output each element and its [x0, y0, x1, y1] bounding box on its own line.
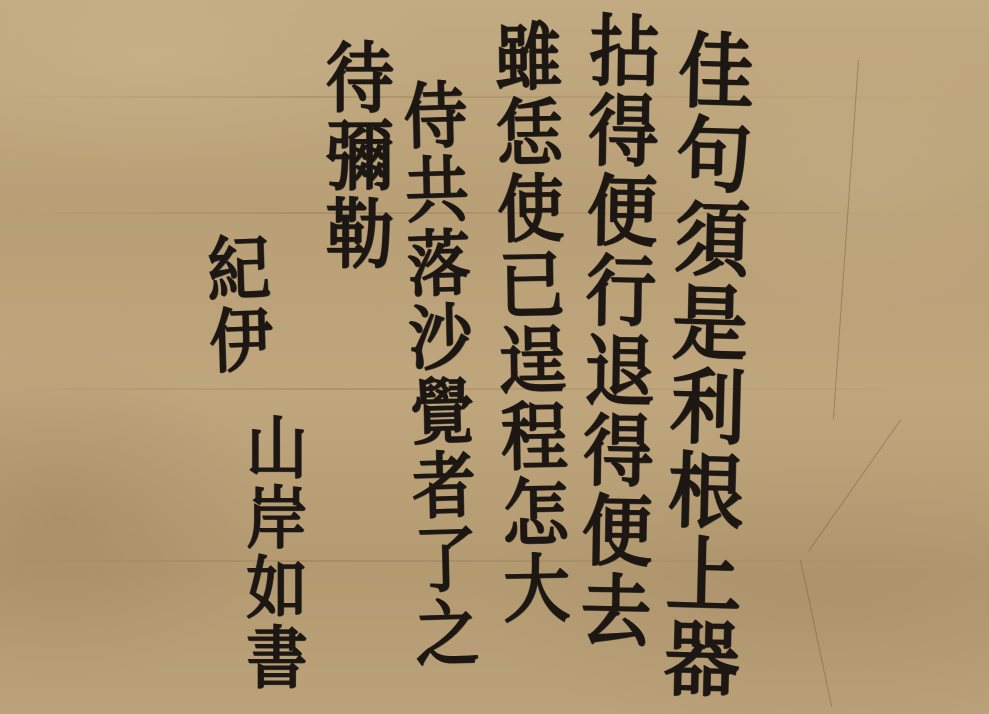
- calligraphy-scroll: 佳句須是利根上器 拈得便行退得便去 雖恁使已逞程怎大 侍共落沙覺者了之 待彌勒 …: [0, 0, 989, 714]
- calligraphy-column-1: 佳句須是利根上器: [657, 27, 749, 701]
- signature-line-2: 山岸如書: [241, 412, 302, 692]
- paper-crack: [808, 420, 901, 552]
- signature-line-1: 紀伊: [201, 231, 268, 377]
- paper-crack: [833, 60, 859, 419]
- calligraphy-column-4: 侍共落沙覺者了之: [398, 77, 475, 671]
- paper-crack: [800, 560, 832, 707]
- calligraphy-column-3: 雖恁使已逞程怎大: [489, 17, 565, 626]
- calligraphy-column-2: 拈得便行退得便去: [574, 9, 654, 650]
- calligraphy-column-5: 待彌勒: [320, 38, 388, 272]
